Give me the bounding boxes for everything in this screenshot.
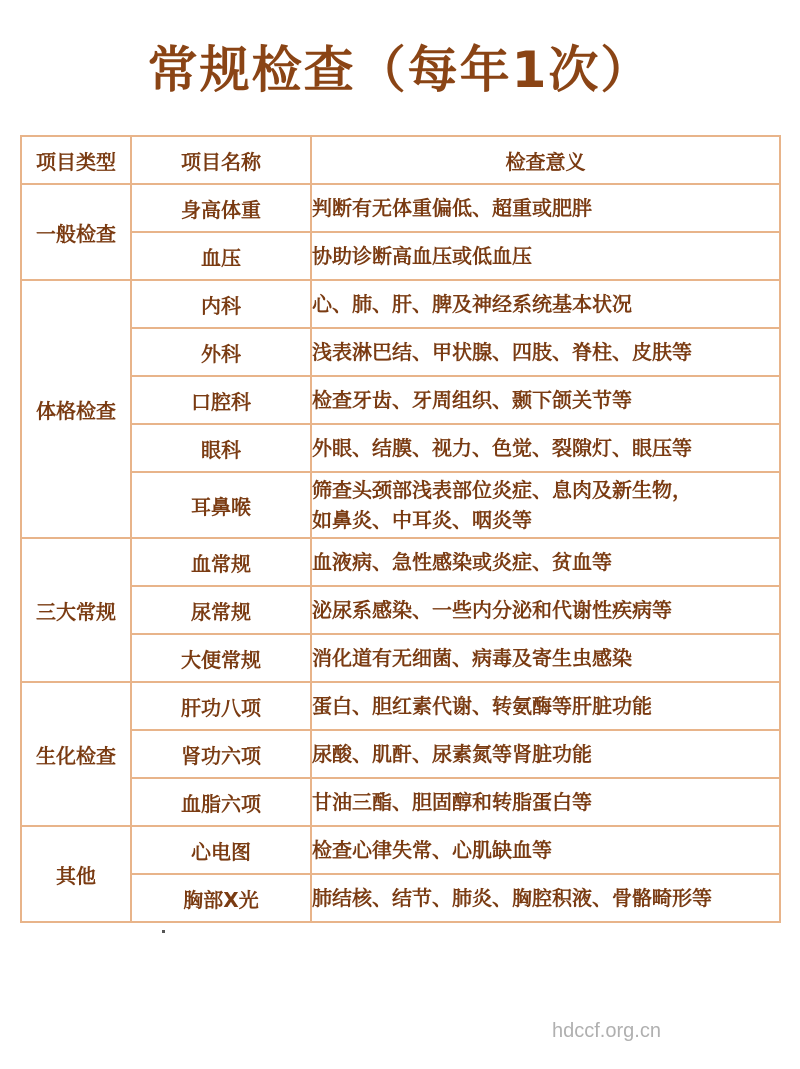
item-name: 肝功八项 xyxy=(131,682,311,730)
item-name: 尿常规 xyxy=(131,586,311,634)
item-meaning-line: 筛查头颈部浅表部位炎症、息肉及新生物， xyxy=(312,475,779,505)
item-meaning-line: 如鼻炎、中耳炎、咽炎等 xyxy=(312,505,779,535)
item-meaning: 筛查头颈部浅表部位炎症、息肉及新生物， 如鼻炎、中耳炎、咽炎等 xyxy=(311,472,780,538)
item-meaning: 尿酸、肌酐、尿素氮等肾脏功能 xyxy=(311,730,780,778)
page-title: 常规检查（每年1次） xyxy=(0,30,800,102)
header-name: 项目名称 xyxy=(131,136,311,184)
item-meaning: 蛋白、胆红素代谢、转氨酶等肝脏功能 xyxy=(311,682,780,730)
item-meaning: 甘油三酯、胆固醇和转脂蛋白等 xyxy=(311,778,780,826)
item-meaning: 检查牙齿、牙周组织、颞下颌关节等 xyxy=(311,376,780,424)
table-row: 耳鼻喉 筛查头颈部浅表部位炎症、息肉及新生物， 如鼻炎、中耳炎、咽炎等 xyxy=(21,472,780,538)
table-row: 外科 浅表淋巴结、甲状腺、四肢、脊柱、皮肤等 xyxy=(21,328,780,376)
table-row: 眼科 外眼、结膜、视力、色觉、裂隙灯、眼压等 xyxy=(21,424,780,472)
header-meaning: 检查意义 xyxy=(311,136,780,184)
table-row: 肾功六项 尿酸、肌酐、尿素氮等肾脏功能 xyxy=(21,730,780,778)
item-meaning: 协助诊断高血压或低血压 xyxy=(311,232,780,280)
table-row: 体格检查 内科 心、肺、肝、脾及神经系统基本状况 xyxy=(21,280,780,328)
group-type-other: 其他 xyxy=(21,826,131,922)
item-name: 血常规 xyxy=(131,538,311,586)
item-name: 口腔科 xyxy=(131,376,311,424)
item-meaning: 浅表淋巴结、甲状腺、四肢、脊柱、皮肤等 xyxy=(311,328,780,376)
table-row: 生化检查 肝功八项 蛋白、胆红素代谢、转氨酶等肝脏功能 xyxy=(21,682,780,730)
item-meaning: 外眼、结膜、视力、色觉、裂隙灯、眼压等 xyxy=(311,424,780,472)
checkup-table: 项目类型 项目名称 检查意义 一般检查 身高体重 判断有无体重偏低、超重或肥胖 … xyxy=(20,135,781,923)
item-name: 内科 xyxy=(131,280,311,328)
item-name: 外科 xyxy=(131,328,311,376)
table-row: 血脂六项 甘油三酯、胆固醇和转脂蛋白等 xyxy=(21,778,780,826)
item-meaning: 判断有无体重偏低、超重或肥胖 xyxy=(311,184,780,232)
item-name: 血压 xyxy=(131,232,311,280)
group-type-biochem: 生化检查 xyxy=(21,682,131,826)
table-row: 大便常规 消化道有无细菌、病毒及寄生虫感染 xyxy=(21,634,780,682)
item-name: 耳鼻喉 xyxy=(131,472,311,538)
group-type-general: 一般检查 xyxy=(21,184,131,280)
table-row: 尿常规 泌尿系感染、一些内分泌和代谢性疾病等 xyxy=(21,586,780,634)
table-row: 其他 心电图 检查心律失常、心肌缺血等 xyxy=(21,826,780,874)
group-type-physical: 体格检查 xyxy=(21,280,131,538)
item-name: 身高体重 xyxy=(131,184,311,232)
item-meaning: 检查心律失常、心肌缺血等 xyxy=(311,826,780,874)
stray-dot xyxy=(162,930,165,933)
item-meaning: 血液病、急性感染或炎症、贫血等 xyxy=(311,538,780,586)
item-name: 胸部X光 xyxy=(131,874,311,922)
header-type: 项目类型 xyxy=(21,136,131,184)
item-name: 肾功六项 xyxy=(131,730,311,778)
item-name: 血脂六项 xyxy=(131,778,311,826)
table-header-row: 项目类型 项目名称 检查意义 xyxy=(21,136,780,184)
table-row: 一般检查 身高体重 判断有无体重偏低、超重或肥胖 xyxy=(21,184,780,232)
item-name: 眼科 xyxy=(131,424,311,472)
table-row: 三大常规 血常规 血液病、急性感染或炎症、贫血等 xyxy=(21,538,780,586)
group-type-routine: 三大常规 xyxy=(21,538,131,682)
table-row: 血压 协助诊断高血压或低血压 xyxy=(21,232,780,280)
watermark: hdccf.org.cn xyxy=(552,1020,661,1043)
item-name: 心电图 xyxy=(131,826,311,874)
item-meaning: 泌尿系感染、一些内分泌和代谢性疾病等 xyxy=(311,586,780,634)
item-meaning: 心、肺、肝、脾及神经系统基本状况 xyxy=(311,280,780,328)
item-name: 大便常规 xyxy=(131,634,311,682)
item-meaning: 消化道有无细菌、病毒及寄生虫感染 xyxy=(311,634,780,682)
table-row: 口腔科 检查牙齿、牙周组织、颞下颌关节等 xyxy=(21,376,780,424)
item-meaning: 肺结核、结节、肺炎、胸腔积液、骨骼畸形等 xyxy=(311,874,780,922)
table-row: 胸部X光 肺结核、结节、肺炎、胸腔积液、骨骼畸形等 xyxy=(21,874,780,922)
